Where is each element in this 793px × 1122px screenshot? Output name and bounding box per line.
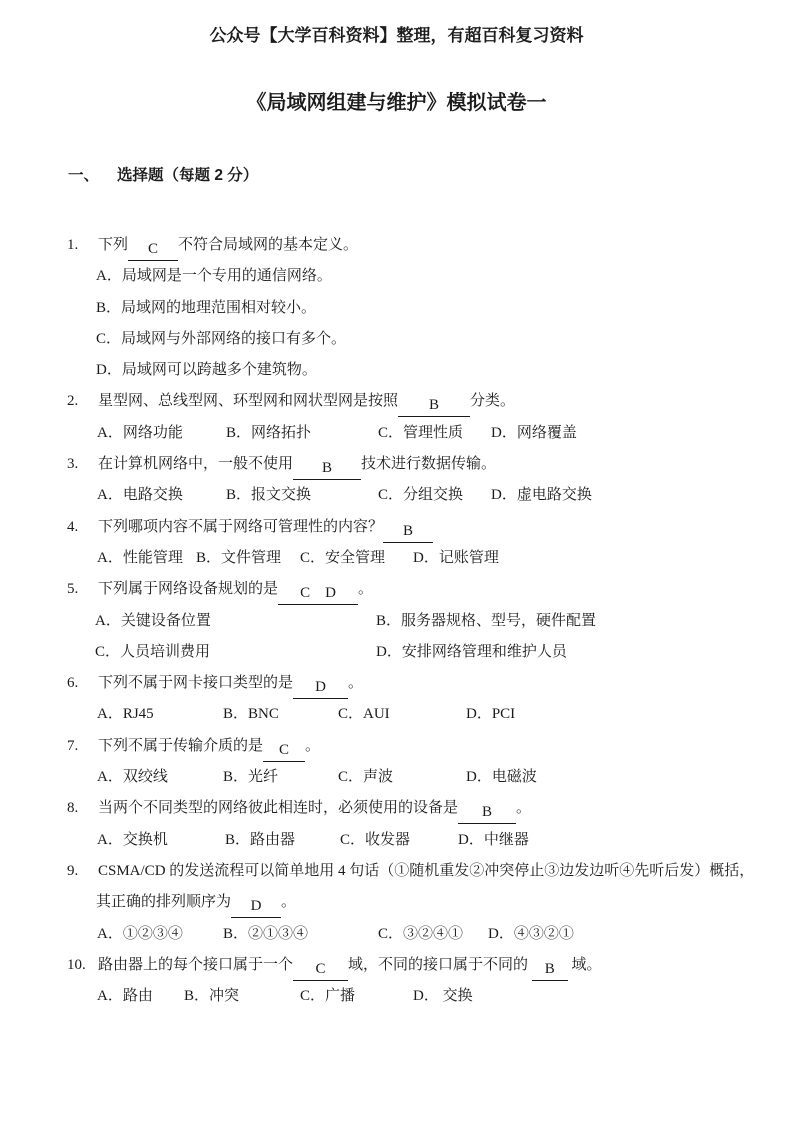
question-9-options: A．①②③④ B．②①③④ C．③②④① D．④③②① (0, 919, 793, 950)
stem-text: 分类。 (470, 393, 515, 409)
option-d: D．④③②① (488, 919, 574, 950)
page-title: 《局域网组建与维护》模拟试卷一 (0, 86, 793, 115)
answer-blank: B (383, 521, 433, 543)
header-notice: 公众号【大学百科资料】整理，有超百科复习资料 (0, 21, 793, 46)
question-list: 1.下列C不符合局域网的基本定义。 A．局域网是一个专用的通信网络。 B．局域网… (0, 230, 793, 1012)
section-label: 选择题（每题 2 分） (117, 167, 258, 184)
option-b: B．网络拓扑 (226, 418, 311, 449)
option-c: C．安全管理 (300, 543, 385, 574)
stem-text: 。 (281, 894, 296, 910)
option-a: A．局域网是一个专用的通信网络。 (96, 268, 332, 284)
question-number: 10. (67, 950, 98, 981)
option-d: D．电磁波 (466, 762, 537, 793)
option-d: D．PCI (466, 699, 515, 730)
question-4-options: A．性能管理 B．文件管理 C．安全管理 D．记账管理 (0, 543, 793, 574)
question-number: 6. (67, 668, 98, 699)
option-d: D．记账管理 (413, 543, 499, 574)
option-c: C．人员培训费用 (95, 637, 210, 668)
question-number: 5. (67, 574, 98, 605)
question-6-stem: 6.下列不属于网卡接口类型的是D。 (0, 668, 793, 699)
option-c: C．声波 (338, 762, 393, 793)
question-number: 7. (67, 731, 98, 762)
answer-blank: B (532, 959, 568, 981)
question-number: 3. (67, 449, 98, 480)
question-number: 8. (67, 793, 98, 824)
answer-blank: C (263, 740, 305, 762)
option-a: A．关键设备位置 (95, 606, 211, 637)
stem-text: 下列不属于传输介质的是 (98, 738, 263, 754)
question-8-stem: 8.当两个不同类型的网络彼此相连时，必须使用的设备是B。 (0, 793, 793, 824)
question-number: 9. (67, 856, 98, 887)
exam-document-page: 公众号【大学百科资料】整理，有超百科复习资料 《局域网组建与维护》模拟试卷一 一… (0, 0, 793, 1122)
stem-text: CSMA/CD 的发送流程可以简单地用 4 句话（①随机重发②冲突停止③边发边听… (98, 863, 754, 879)
question-2-stem: 2.星型网、总线型网、环型网和网状型网是按照B分类。 (0, 386, 793, 417)
stem-text: 域。 (568, 957, 602, 973)
answer-blank: B (458, 802, 516, 824)
question-1-stem: 1.下列C不符合局域网的基本定义。 (0, 230, 793, 261)
stem-text: 技术进行数据传输。 (361, 456, 496, 472)
stem-text: 。 (305, 738, 320, 754)
option-a: A．电路交换 (97, 480, 183, 511)
question-1-option-c: C．局域网与外部网络的接口有多个。 (0, 324, 793, 355)
question-5-options-row-2: C．人员培训费用 D．安排网络管理和维护人员 (0, 637, 793, 668)
stem-text: 。 (516, 800, 531, 816)
question-7-stem: 7.下列不属于传输介质的是C。 (0, 731, 793, 762)
option-b: B．冲突 (184, 981, 239, 1012)
option-b: B．光纤 (223, 762, 278, 793)
option-b: B．②①③④ (223, 919, 308, 950)
question-1-option-b: B．局域网的地理范围相对较小。 (0, 293, 793, 324)
option-a: A．双绞线 (97, 762, 168, 793)
option-c: C．收发器 (340, 825, 410, 856)
option-d: D． 交换 (413, 981, 473, 1012)
stem-text: 下列属于网络设备规划的是 (98, 581, 278, 597)
question-2-options: A．网络功能 B．网络拓扑 C．管理性质 D．网络覆盖 (0, 418, 793, 449)
option-d: D．网络覆盖 (491, 418, 577, 449)
stem-text: 下列哪项内容不属于网络可管理性的内容？ (98, 519, 383, 535)
option-b: B．局域网的地理范围相对较小。 (96, 300, 316, 316)
option-c: C．广播 (300, 981, 355, 1012)
option-d: D．虚电路交换 (491, 480, 592, 511)
option-b: B．报文交换 (226, 480, 311, 511)
section-heading: 一、选择题（每题 2 分） (68, 163, 258, 185)
section-index: 一、 (68, 167, 99, 184)
option-a: A．交换机 (97, 825, 168, 856)
option-a: A．①②③④ (97, 919, 183, 950)
stem-text: 星型网、总线型网、环型网和网状型网是按照 (98, 393, 398, 409)
answer-blank: C D (278, 583, 358, 605)
question-1-option-d: D．局域网可以跨越多个建筑物。 (0, 355, 793, 386)
question-number: 4. (67, 512, 98, 543)
option-c: C．管理性质 (378, 418, 463, 449)
question-4-stem: 4.下列哪项内容不属于网络可管理性的内容？B (0, 512, 793, 543)
question-3-options: A．电路交换 B．报文交换 C．分组交换 D．虚电路交换 (0, 480, 793, 511)
question-6-options: A．RJ45 B．BNC C．AUI D．PCI (0, 699, 793, 730)
option-d: D．局域网可以跨越多个建筑物。 (96, 362, 317, 378)
stem-text: 。 (348, 675, 363, 691)
stem-text: 在计算机网络中，一般不使用 (98, 456, 293, 472)
option-a: A．性能管理 (97, 543, 183, 574)
stem-text: 当两个不同类型的网络彼此相连时，必须使用的设备是 (98, 800, 458, 816)
question-3-stem: 3.在计算机网络中，一般不使用B技术进行数据传输。 (0, 449, 793, 480)
answer-blank: C (128, 239, 178, 261)
answer-blank: D (231, 896, 281, 918)
stem-text: 路由器上的每个接口属于一个 (98, 957, 293, 973)
answer-blank: B (398, 395, 470, 417)
option-b: B．文件管理 (196, 543, 281, 574)
question-number: 1. (67, 230, 98, 261)
option-a: A．网络功能 (97, 418, 183, 449)
question-10-options: A．路由 B．冲突 C．广播 D． 交换 (0, 981, 793, 1012)
option-c: C．③②④① (378, 919, 463, 950)
answer-blank: D (293, 677, 348, 699)
question-1-option-a: A．局域网是一个专用的通信网络。 (0, 261, 793, 292)
option-c: C．局域网与外部网络的接口有多个。 (96, 331, 346, 347)
question-9-stem-line-1: 9.CSMA/CD 的发送流程可以简单地用 4 句话（①随机重发②冲突停止③边发… (0, 856, 793, 887)
answer-blank: B (293, 458, 361, 480)
stem-text: 不符合局域网的基本定义。 (178, 237, 358, 253)
option-a: A．路由 (97, 981, 153, 1012)
stem-text: 下列不属于网卡接口类型的是 (98, 675, 293, 691)
stem-text: 下列 (98, 237, 128, 253)
option-b: B．服务器规格、型号，硬件配置 (376, 606, 596, 637)
stem-text: 。 (358, 581, 373, 597)
stem-text: 其正确的排列顺序为 (96, 894, 231, 910)
question-8-options: A．交换机 B．路由器 C．收发器 D．中继器 (0, 825, 793, 856)
option-b: B．路由器 (225, 825, 295, 856)
question-9-stem-line-2: 其正确的排列顺序为D。 (0, 887, 793, 918)
question-10-stem: 10.路由器上的每个接口属于一个C域，不同的接口属于不同的 B 域。 (0, 950, 793, 981)
question-7-options: A．双绞线 B．光纤 C．声波 D．电磁波 (0, 762, 793, 793)
question-number: 2. (67, 386, 98, 417)
question-5-options-row-1: A．关键设备位置 B．服务器规格、型号，硬件配置 (0, 606, 793, 637)
stem-text: 域，不同的接口属于不同的 (348, 957, 532, 973)
option-d: D．安排网络管理和维护人员 (376, 637, 567, 668)
option-d: D．中继器 (458, 825, 529, 856)
answer-blank: C (293, 959, 348, 981)
option-c: C．AUI (338, 699, 390, 730)
question-5-stem: 5.下列属于网络设备规划的是C D。 (0, 574, 793, 605)
option-b: B．BNC (223, 699, 279, 730)
option-a: A．RJ45 (97, 699, 154, 730)
option-c: C．分组交换 (378, 480, 463, 511)
